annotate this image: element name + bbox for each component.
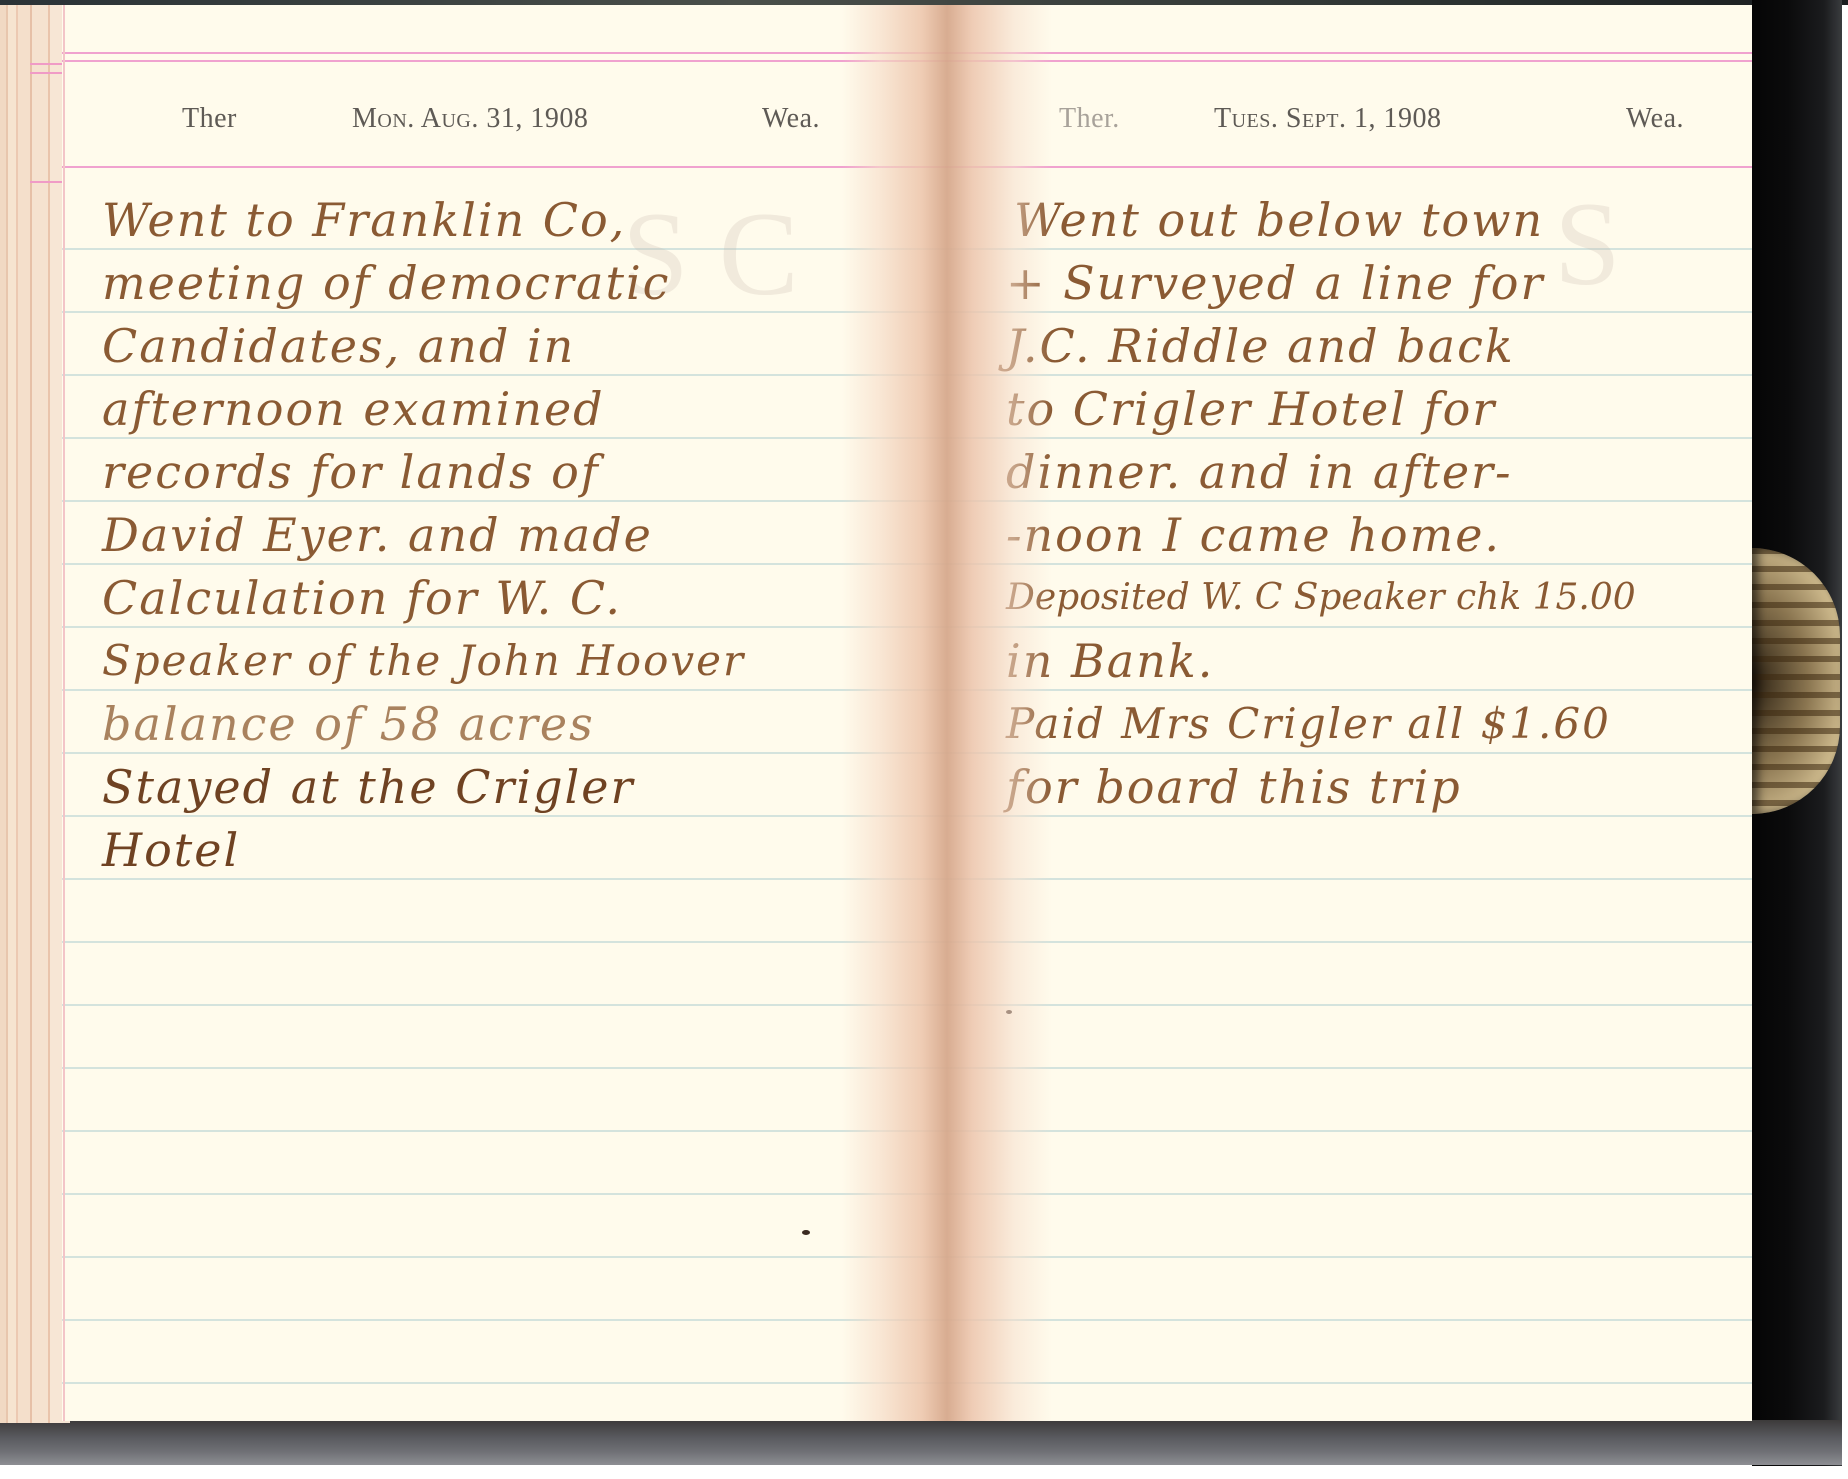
entry-line: to Crigler Hotel for <box>1006 377 1496 441</box>
left-page: S C Ther Mon. Aug. 31, 1908 Wea. Went to… <box>62 5 914 1421</box>
entry-line: for board this trip <box>1006 755 1462 819</box>
ther-label: Ther <box>182 103 237 135</box>
ink-speck <box>802 1230 810 1235</box>
entry-line: meeting of democratic <box>102 251 670 315</box>
entry-line: Deposited W. C Speaker chk 15.00 <box>1006 566 1636 630</box>
entry-line: Went out below town <box>1014 188 1544 252</box>
ink-speck <box>1006 1010 1012 1014</box>
wea-label: Wea. <box>1626 103 1684 135</box>
entry-line: Calculation for W. C. <box>102 566 622 630</box>
entry-line: records for lands of <box>102 440 600 504</box>
entry-line: Speaker of the John Hoover <box>102 629 745 693</box>
entry-line: Stayed at the Crigler <box>102 755 634 819</box>
entry-line: Paid Mrs Crigler all $1.60 <box>1006 692 1611 756</box>
entry-line: -noon I came home. <box>1006 503 1501 567</box>
entry-line: Hotel <box>102 818 240 882</box>
ther-label: Ther. <box>1059 103 1120 135</box>
entry-line: Went to Franklin Co, <box>102 188 626 252</box>
page-date: Mon. Aug. 31, 1908 <box>352 103 588 135</box>
entry-line: in Bank. <box>1006 629 1214 693</box>
entry-line: + Surveyed a line for <box>1006 251 1544 315</box>
background-bottom-strip <box>0 1420 1842 1465</box>
entry-line: dinner. and in after- <box>1006 440 1513 504</box>
right-page: S Ther. Tues. Sept. 1, 1908 Wea. Went ou… <box>914 5 1752 1421</box>
open-diary-spread: S C Ther Mon. Aug. 31, 1908 Wea. Went to… <box>62 5 1752 1421</box>
entry-line: J.C. Riddle and back <box>1006 314 1515 378</box>
page-date: Tues. Sept. 1, 1908 <box>1214 103 1442 135</box>
entry-line: David Eyer. and made <box>102 503 653 567</box>
wea-label: Wea. <box>762 103 820 135</box>
entry-line: Candidates, and in <box>102 314 575 378</box>
entry-line: balance of 58 acres <box>102 692 595 756</box>
bleed-through-marks: S <box>1554 175 1621 313</box>
page-stack-edge <box>0 5 70 1423</box>
diary-scan: S C Ther Mon. Aug. 31, 1908 Wea. Went to… <box>0 0 1848 1479</box>
page-margin-line <box>63 5 65 1421</box>
entry-line: afternoon examined <box>102 377 605 441</box>
